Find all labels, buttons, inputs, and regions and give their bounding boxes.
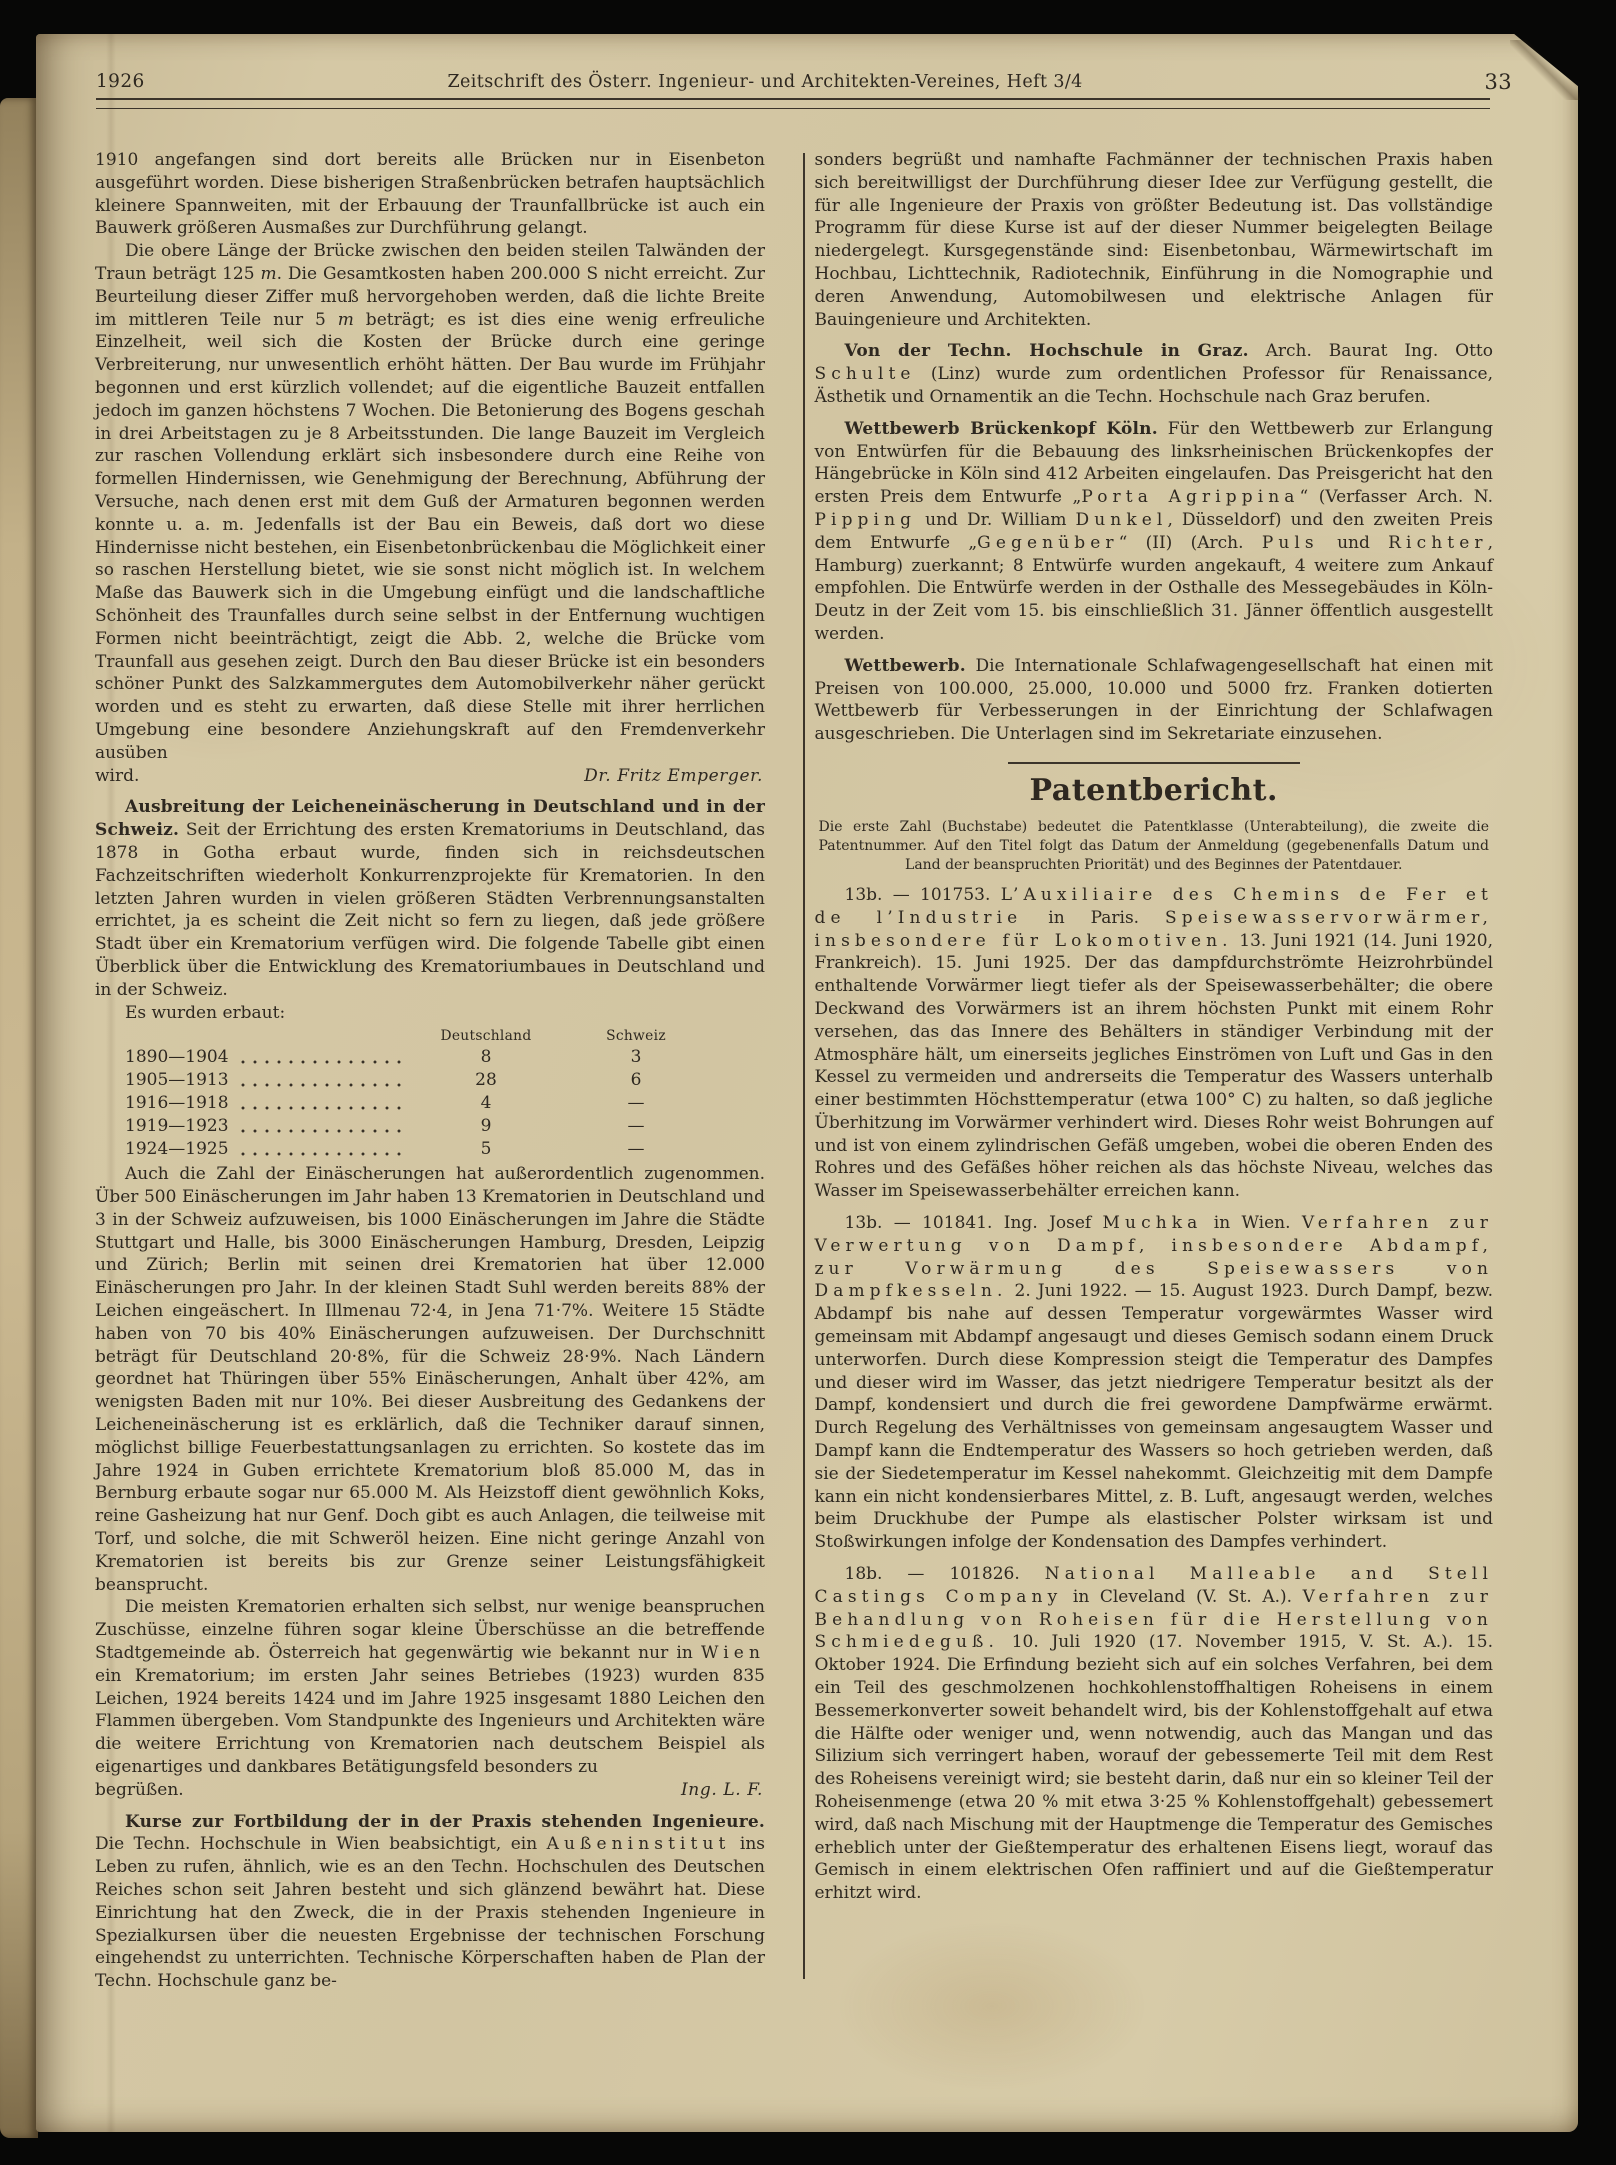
journal-page: 1926 Zeitschrift des Österr. Ingenieur- … bbox=[36, 34, 1578, 2132]
table-value-deutschland: 28 bbox=[411, 1069, 561, 1092]
dotted-leader bbox=[241, 1059, 401, 1065]
author-signature: Dr. Fritz Emperger. bbox=[584, 765, 765, 788]
table-value-schweiz: — bbox=[561, 1092, 711, 1115]
author-signature: Ing. L. F. bbox=[681, 1779, 765, 1802]
table-row: 1924—19255— bbox=[95, 1138, 765, 1161]
table-value-deutschland: 9 bbox=[411, 1115, 561, 1138]
table-years-cell: 1890—1904 bbox=[95, 1046, 411, 1069]
table-value-deutschland: 4 bbox=[411, 1092, 561, 1115]
paragraph: 1910 angefangen sind dort bereits alle B… bbox=[95, 149, 765, 240]
table-value-schweiz: — bbox=[561, 1115, 711, 1138]
text-run: in Wien. bbox=[1202, 1213, 1301, 1233]
text-run: beträgt; es ist dies eine wenig erfreuli… bbox=[95, 310, 765, 763]
text-run: “ (Verfasser Arch. N. bbox=[1300, 487, 1493, 507]
text-run: Wien bbox=[701, 1643, 765, 1663]
text-run: Die Techn. Hochschule in Wien beabsichti… bbox=[95, 1834, 547, 1854]
paragraph: 13b. — 101841. Ing. Josef Muchka in Wien… bbox=[815, 1212, 1494, 1554]
text-run: in Paris. bbox=[1022, 908, 1165, 928]
text-run: in Cleveland (V. St. A.). bbox=[1062, 1587, 1302, 1607]
header-double-rule bbox=[96, 98, 1490, 109]
paragraph: 18b. — 101826. National Malleable and St… bbox=[815, 1563, 1494, 1905]
text-run: 1910 angefangen sind dort bereits alle B… bbox=[95, 150, 765, 238]
signature-line: begrüßen.Ing. L. F. bbox=[95, 1779, 765, 1802]
paragraph-end-text: begrüßen. bbox=[95, 1779, 184, 1802]
table-years-text: 1919—1923 bbox=[125, 1115, 229, 1138]
text-run: Kurse zur Fortbildung der in der Praxis … bbox=[125, 1812, 765, 1832]
section-heading: Patentbericht. bbox=[815, 774, 1494, 808]
text-run: und Dr. William bbox=[916, 510, 1075, 530]
paragraph: Kurse zur Fortbildung der in der Praxis … bbox=[95, 1811, 765, 1993]
text-columns: 1910 angefangen sind dort bereits alle B… bbox=[95, 149, 1493, 1993]
table-row: 1916—19184— bbox=[95, 1092, 765, 1115]
table-row: 1890—190483 bbox=[95, 1046, 765, 1069]
right-column: sonders begrüßt und namhafte Fachmänner … bbox=[815, 149, 1494, 1993]
text-run: Gegenüber bbox=[977, 533, 1118, 553]
text-run: Wettbewerb Brückenkopf Köln. bbox=[845, 419, 1158, 439]
paragraph: 13b. — 101753. L’Auxiliaire des Chemins … bbox=[815, 884, 1494, 1203]
text-run: Dunkel bbox=[1076, 510, 1168, 530]
text-run: Die meisten Krematorien erhalten sich se… bbox=[95, 1597, 765, 1663]
text-run: m bbox=[260, 264, 276, 284]
table-column-header: Deutschland bbox=[411, 1026, 561, 1046]
text-run: 2. Juni 1922. — 15. August 1923. Durch D… bbox=[815, 1281, 1494, 1552]
text-run: Pipping bbox=[815, 510, 917, 530]
paragraph: Wettbewerb. Die Internationale Schlafwag… bbox=[815, 655, 1494, 746]
table-row: 1919—19239— bbox=[95, 1115, 765, 1138]
page-header: 1926 Zeitschrift des Österr. Ingenieur- … bbox=[96, 64, 1490, 92]
section-divider-rule bbox=[1008, 762, 1300, 764]
paragraph: Von der Techn. Hochschule in Graz. Arch.… bbox=[815, 340, 1494, 408]
table-intro: Es wurden erbaut: bbox=[95, 1002, 765, 1025]
text-run: ein Krematorium; im ersten Jahr seines B… bbox=[95, 1666, 765, 1777]
text-run: 10. Juli 1920 (17. November 1915, V. St.… bbox=[815, 1632, 1494, 1903]
text-run: 13b. — 101753. bbox=[845, 885, 1001, 905]
text-run: sonders begrüßt und namhafte Fachmänner … bbox=[815, 150, 1494, 330]
table-years-cell: 1905—1913 bbox=[95, 1069, 411, 1092]
text-run: “ (II) (Arch. bbox=[1119, 533, 1262, 553]
text-run: und bbox=[1319, 533, 1388, 553]
dotted-leader bbox=[241, 1105, 401, 1111]
page-corner-fold bbox=[1513, 33, 1579, 87]
text-run: Porta Agrippina bbox=[1081, 487, 1299, 507]
text-run: Muchka bbox=[1103, 1213, 1203, 1233]
table-header-spacer bbox=[95, 1026, 411, 1046]
table-years-text: 1890—1904 bbox=[125, 1046, 229, 1069]
dotted-leader bbox=[241, 1128, 401, 1134]
header-year: 1926 bbox=[96, 71, 145, 92]
paragraph: Auch die Zahl der Einäscherungen hat auß… bbox=[95, 1163, 765, 1596]
left-column: 1910 angefangen sind dort bereits alle B… bbox=[95, 149, 765, 1993]
table-years-cell: 1919—1923 bbox=[95, 1115, 411, 1138]
header-journal-title: Zeitschrift des Österr. Ingenieur- und A… bbox=[447, 72, 1082, 92]
text-run: Von der Techn. Hochschule in Graz. bbox=[845, 341, 1249, 361]
text-run: 13b. — 101841. Ing. Josef bbox=[845, 1213, 1103, 1233]
text-run: Arch. Baurat Ing. Otto bbox=[1249, 341, 1493, 361]
text-run: ins Leben zu rufen, ähnlich, wie es an d… bbox=[95, 1834, 765, 1991]
dotted-leader bbox=[241, 1082, 401, 1088]
paragraph: Die obere Länge der Brücke zwischen den … bbox=[95, 240, 765, 764]
text-run: 13. Juni 1921 (14. Juni 1920, Frankreich… bbox=[815, 931, 1494, 1202]
table-years-text: 1916—1918 bbox=[125, 1092, 229, 1115]
text-run: (Linz) wurde zum ordentlichen Professor … bbox=[815, 364, 1494, 407]
table-years-cell: 1916—1918 bbox=[95, 1092, 411, 1115]
table-value-schweiz: — bbox=[561, 1138, 711, 1161]
crematorium-table: Es wurden erbaut:DeutschlandSchweiz1890—… bbox=[95, 1002, 765, 1161]
dotted-leader bbox=[241, 1151, 401, 1157]
text-run: Außeninstitut bbox=[547, 1834, 731, 1854]
table-value-deutschland: 5 bbox=[411, 1138, 561, 1161]
text-run: 18b. — 101826. bbox=[845, 1564, 1045, 1584]
text-run: Schulte bbox=[815, 364, 916, 384]
paragraph: Ausbreitung der Leicheneinäscherung in D… bbox=[95, 796, 765, 1001]
table-value-schweiz: 3 bbox=[561, 1046, 711, 1069]
table-value-schweiz: 6 bbox=[561, 1069, 711, 1092]
patent-legend-note: Die erste Zahl (Buchstabe) bedeutet die … bbox=[819, 818, 1490, 875]
table-row: 1905—1913286 bbox=[95, 1069, 765, 1092]
table-column-header: Schweiz bbox=[561, 1026, 711, 1046]
table-years-text: 1924—1925 bbox=[125, 1138, 229, 1161]
text-run: Seit der Errichtung des ersten Krematori… bbox=[95, 820, 765, 1000]
text-run: Puls bbox=[1262, 533, 1319, 553]
header-page-number: 33 bbox=[1484, 70, 1512, 94]
paragraph: Wettbewerb Brückenkopf Köln. Für den Wet… bbox=[815, 418, 1494, 646]
table-header-row: DeutschlandSchweiz bbox=[95, 1026, 765, 1046]
scan-background: 1926 Zeitschrift des Österr. Ingenieur- … bbox=[0, 0, 1616, 2165]
text-run: Richter bbox=[1388, 533, 1487, 553]
paragraph-end-text: wird. bbox=[95, 765, 139, 788]
text-run: Auch die Zahl der Einäscherungen hat auß… bbox=[95, 1164, 765, 1594]
table-value-deutschland: 8 bbox=[411, 1046, 561, 1069]
book-pages-edge bbox=[0, 98, 38, 2138]
table-years-cell: 1924—1925 bbox=[95, 1138, 411, 1161]
text-run: m bbox=[338, 310, 354, 330]
paragraph: Die meisten Krematorien erhalten sich se… bbox=[95, 1596, 765, 1778]
column-divider-rule bbox=[803, 153, 805, 1979]
text-run: Wettbewerb. bbox=[845, 656, 966, 676]
table-years-text: 1905—1913 bbox=[125, 1069, 229, 1092]
signature-line: wird.Dr. Fritz Emperger. bbox=[95, 765, 765, 788]
paragraph: sonders begrüßt und namhafte Fachmänner … bbox=[815, 149, 1494, 331]
